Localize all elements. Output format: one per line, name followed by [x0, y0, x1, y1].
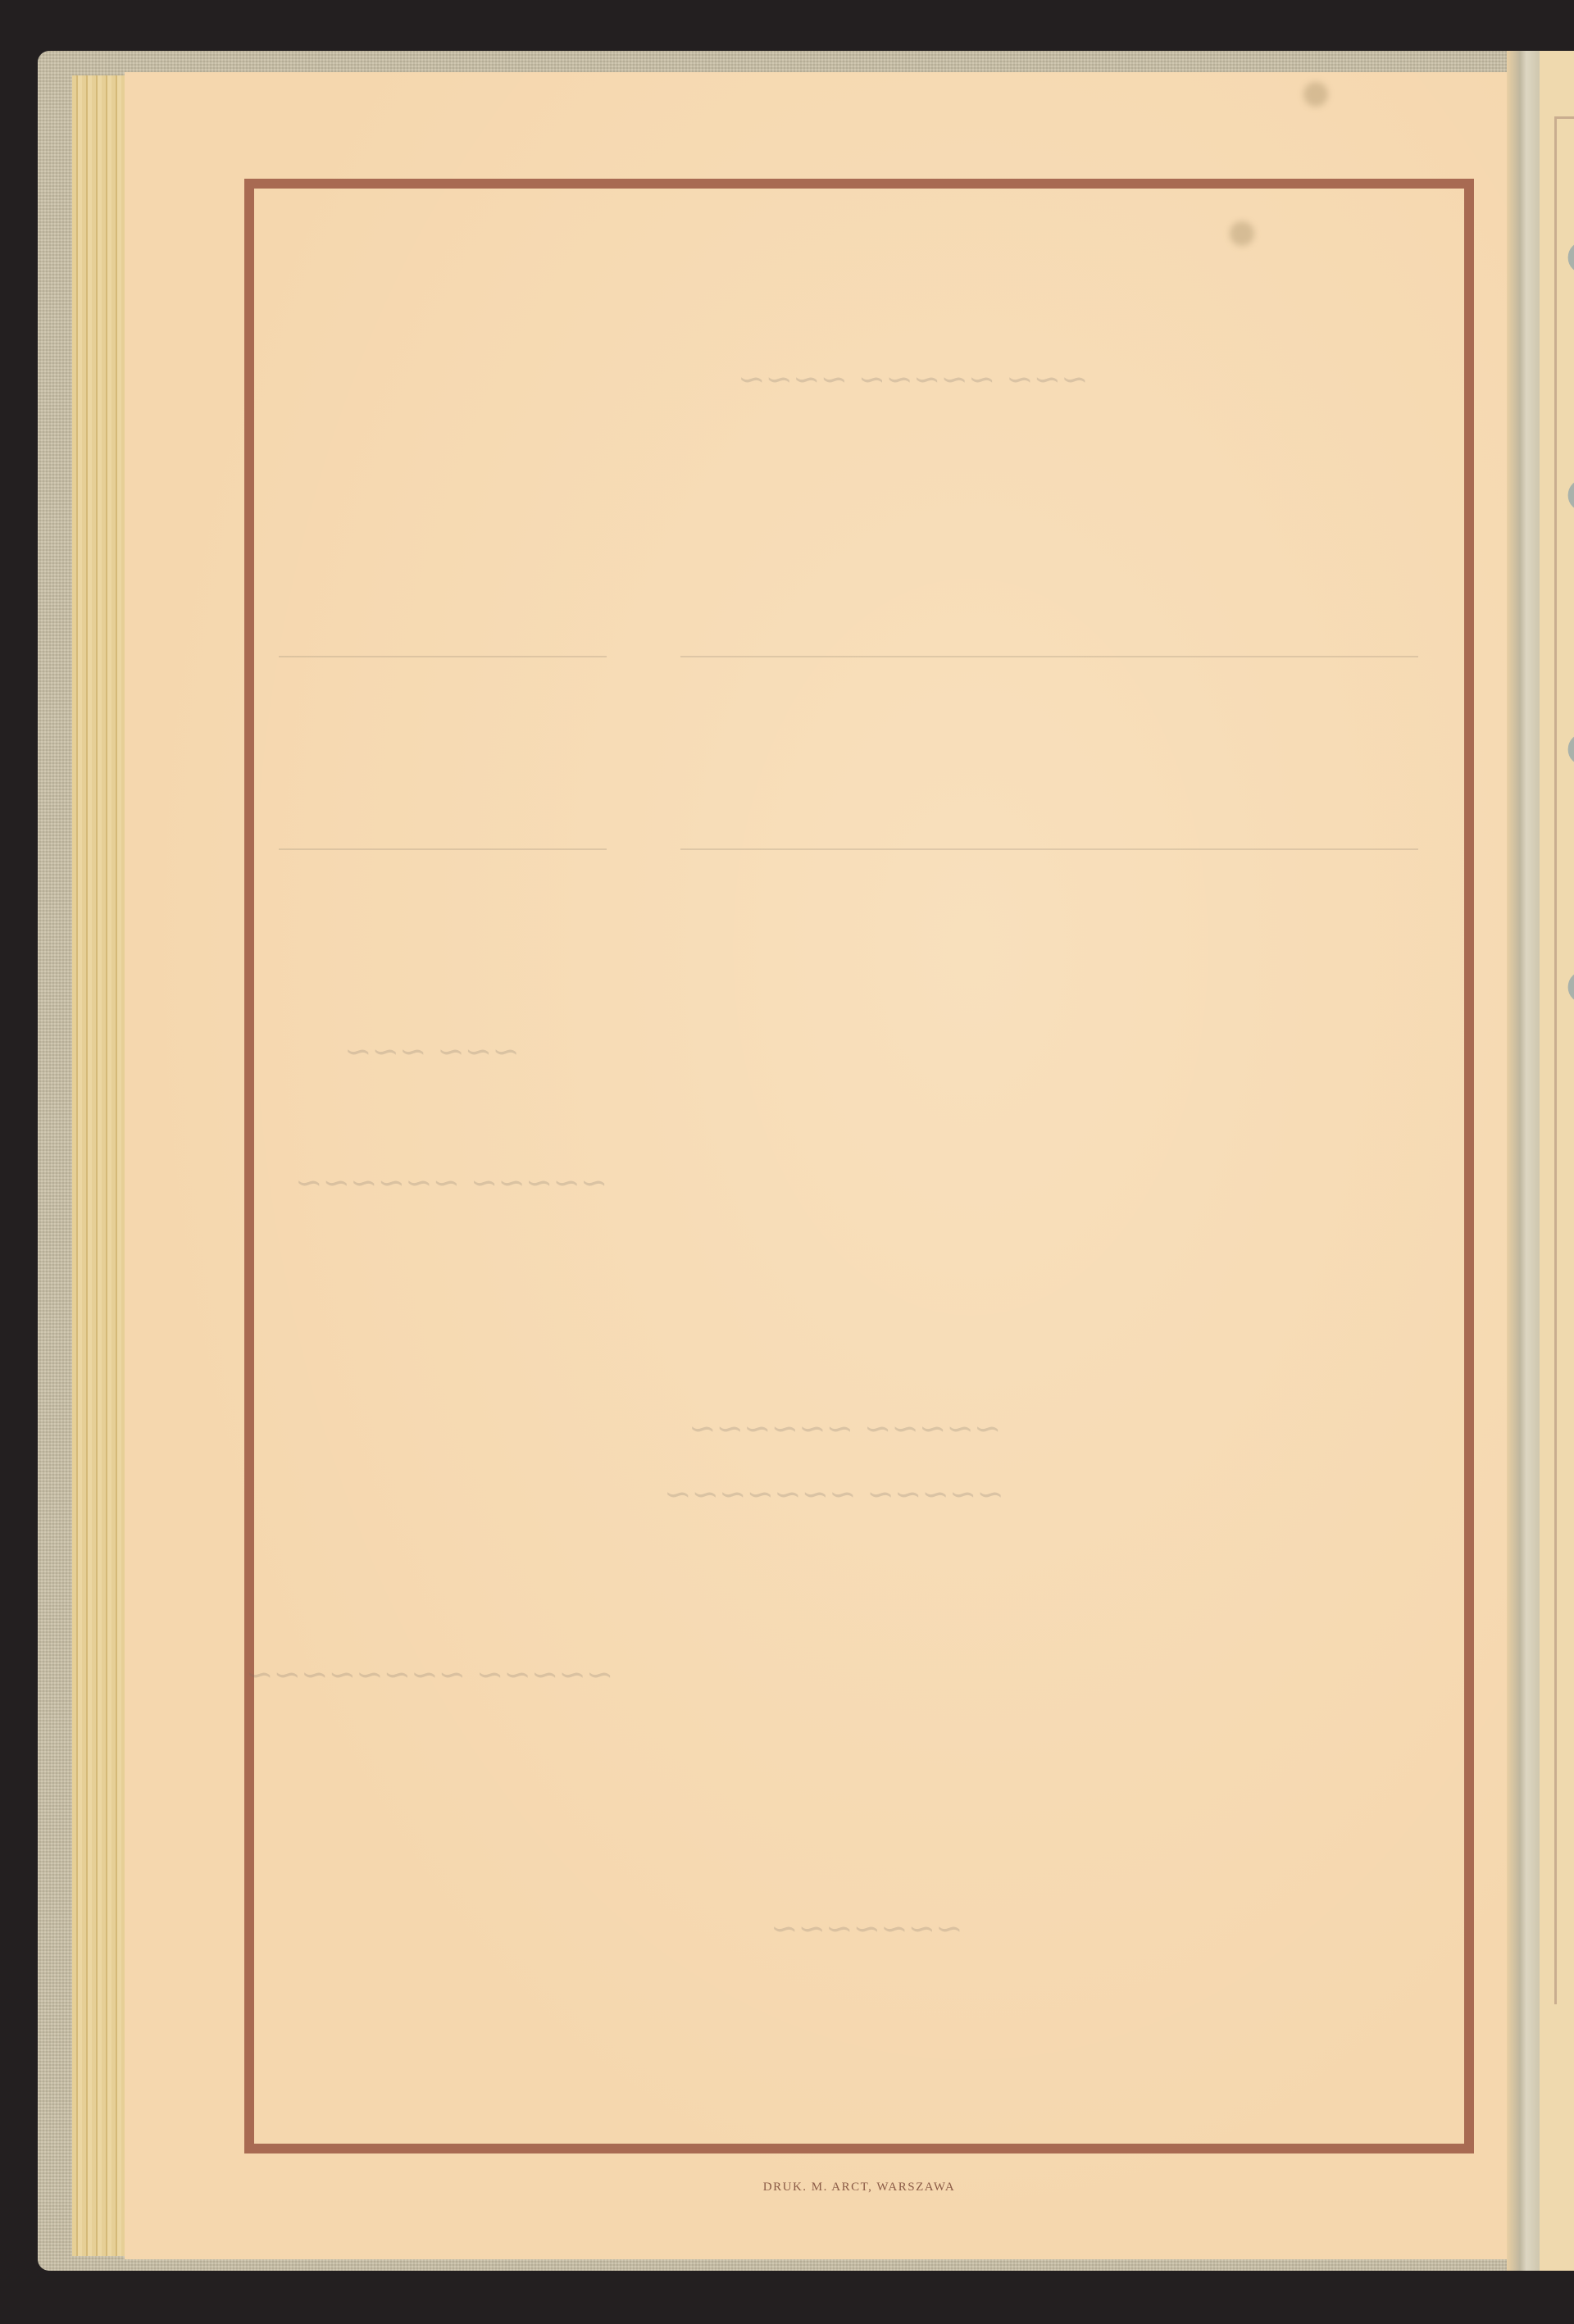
ghost-rule	[680, 848, 1418, 850]
ghost-rule	[680, 656, 1418, 657]
ornament-swirl-icon: ❨	[1561, 239, 1574, 275]
printer-imprint-text: DRUK. M. ARCT, WARSZAWA	[763, 2181, 955, 2194]
ghost-rule	[279, 848, 607, 850]
paper-stain	[1303, 82, 1328, 107]
ghost-handwriting: ~~~~~~~	[771, 1910, 963, 1948]
ornament-swirl-icon: ❨	[1561, 731, 1574, 767]
page-edges	[72, 75, 126, 2256]
adjacent-page: ❨ ❨ ❨ ❨	[1540, 51, 1574, 2271]
ghost-handwriting: ~~~~~ ~~~~~~~	[664, 1476, 1004, 1513]
ornament-swirl-icon: ❨	[1561, 477, 1574, 513]
ghost-handwriting: ~~~~~ ~~~~~~	[689, 1410, 1001, 1448]
ornament-swirl-icon: ❨	[1561, 969, 1574, 1005]
paper-stain	[1230, 221, 1254, 246]
adjacent-page-ornament	[1554, 116, 1574, 2004]
book-gutter	[1507, 51, 1540, 2271]
ghost-handwriting: ~~~~~ ~~~~~~~~	[246, 1656, 613, 1694]
ghost-handwriting: ~~~~~ ~~~~~~	[295, 1164, 607, 1202]
ghost-handwriting: ~~~ ~~~~~ ~~~~	[738, 361, 1089, 398]
ghost-rule	[279, 656, 607, 657]
printer-imprint: DRUK. M. ARCT, WARSZAWA	[0, 2181, 1574, 2194]
ghost-handwriting: ~~~ ~~~	[344, 1033, 520, 1071]
